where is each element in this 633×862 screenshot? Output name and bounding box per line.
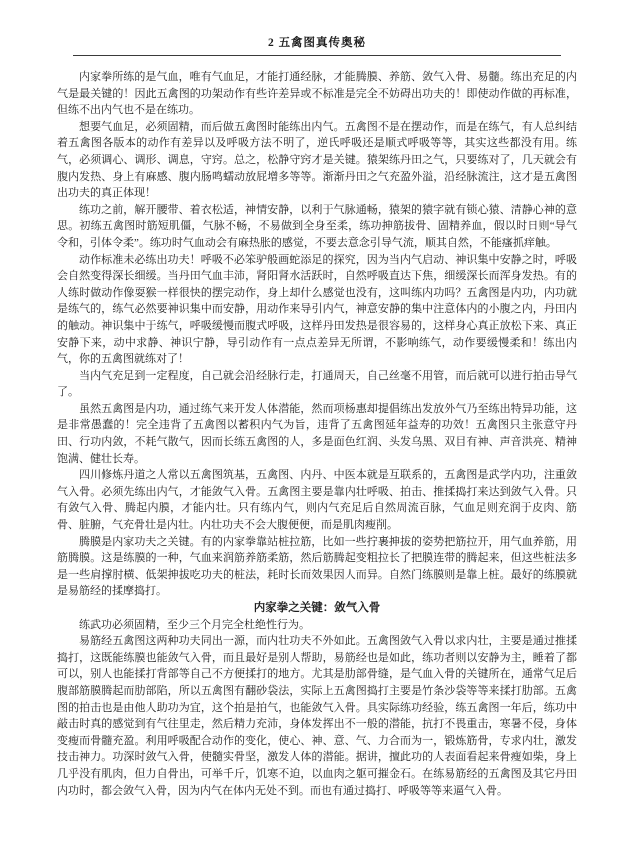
paragraph-3: 练功之前，解开腰带、着衣松适，神情安静，以利于气脉通畅，猿架的猿字就有锁心猿、清… [57, 202, 577, 252]
paragraph-2: 想要气血足，必须固精，而后做五禽图时能练出内气。五禽图不是在摆动作，而是在练气，… [57, 119, 577, 202]
header-rule [73, 55, 561, 56]
paragraph-4: 动作标准未必练出功夫！呼吸不必笨驴般画蛇添足的探究，因为当内气启动、神识集中安静… [57, 252, 577, 368]
paragraph-6: 虽然五禽图是内功，通过练气来开发人体潜能，然而项杨惠却提倡练出发放外气乃至练出特… [57, 401, 577, 467]
paragraph-9: 练武功必须固精，至少三个月完全杜绝性行为。 [57, 617, 577, 634]
paragraph-1: 内家拳所练的是气血，唯有气血足，才能打通经脉，才能腾膜、养筋、敛气入骨、易髓。练… [57, 69, 577, 119]
section-heading: 内家拳之关键：敛气入骨 [57, 600, 577, 617]
paragraph-10: 易筋经五禽图这两种功夫同出一源，而内壮功夫不外如此。五禽图敛气入骨以求内壮，主要… [57, 633, 577, 799]
page-header-text: 2 五禽图真传奥秘 [268, 37, 366, 49]
paragraph-5: 当内气充足到一定程度，自己就会沿经脉行走，打通周天，自己丝毫不用管，而后就可以进… [57, 368, 577, 401]
document-body: 内家拳所练的是气血，唯有气血足，才能打通经脉，才能腾膜、养筋、敛气入骨、易髓。练… [57, 69, 577, 799]
paragraph-8: 腾膜是内家功夫之关键。有的内家拳靠站桩拉筋，比如一些拧裹抻拔的姿势把筋拉开，用气… [57, 534, 577, 600]
paragraph-7: 四川修炼丹道之人常以五禽图筑基，五禽图、内丹、中医本就是互联系的，五禽图是武学内… [57, 467, 577, 533]
document-page: 2 五禽图真传奥秘 内家拳所练的是气血，唯有气血足，才能打通经脉，才能腾膜、养筋… [0, 0, 633, 862]
page-header: 2 五禽图真传奥秘 [57, 36, 577, 55]
